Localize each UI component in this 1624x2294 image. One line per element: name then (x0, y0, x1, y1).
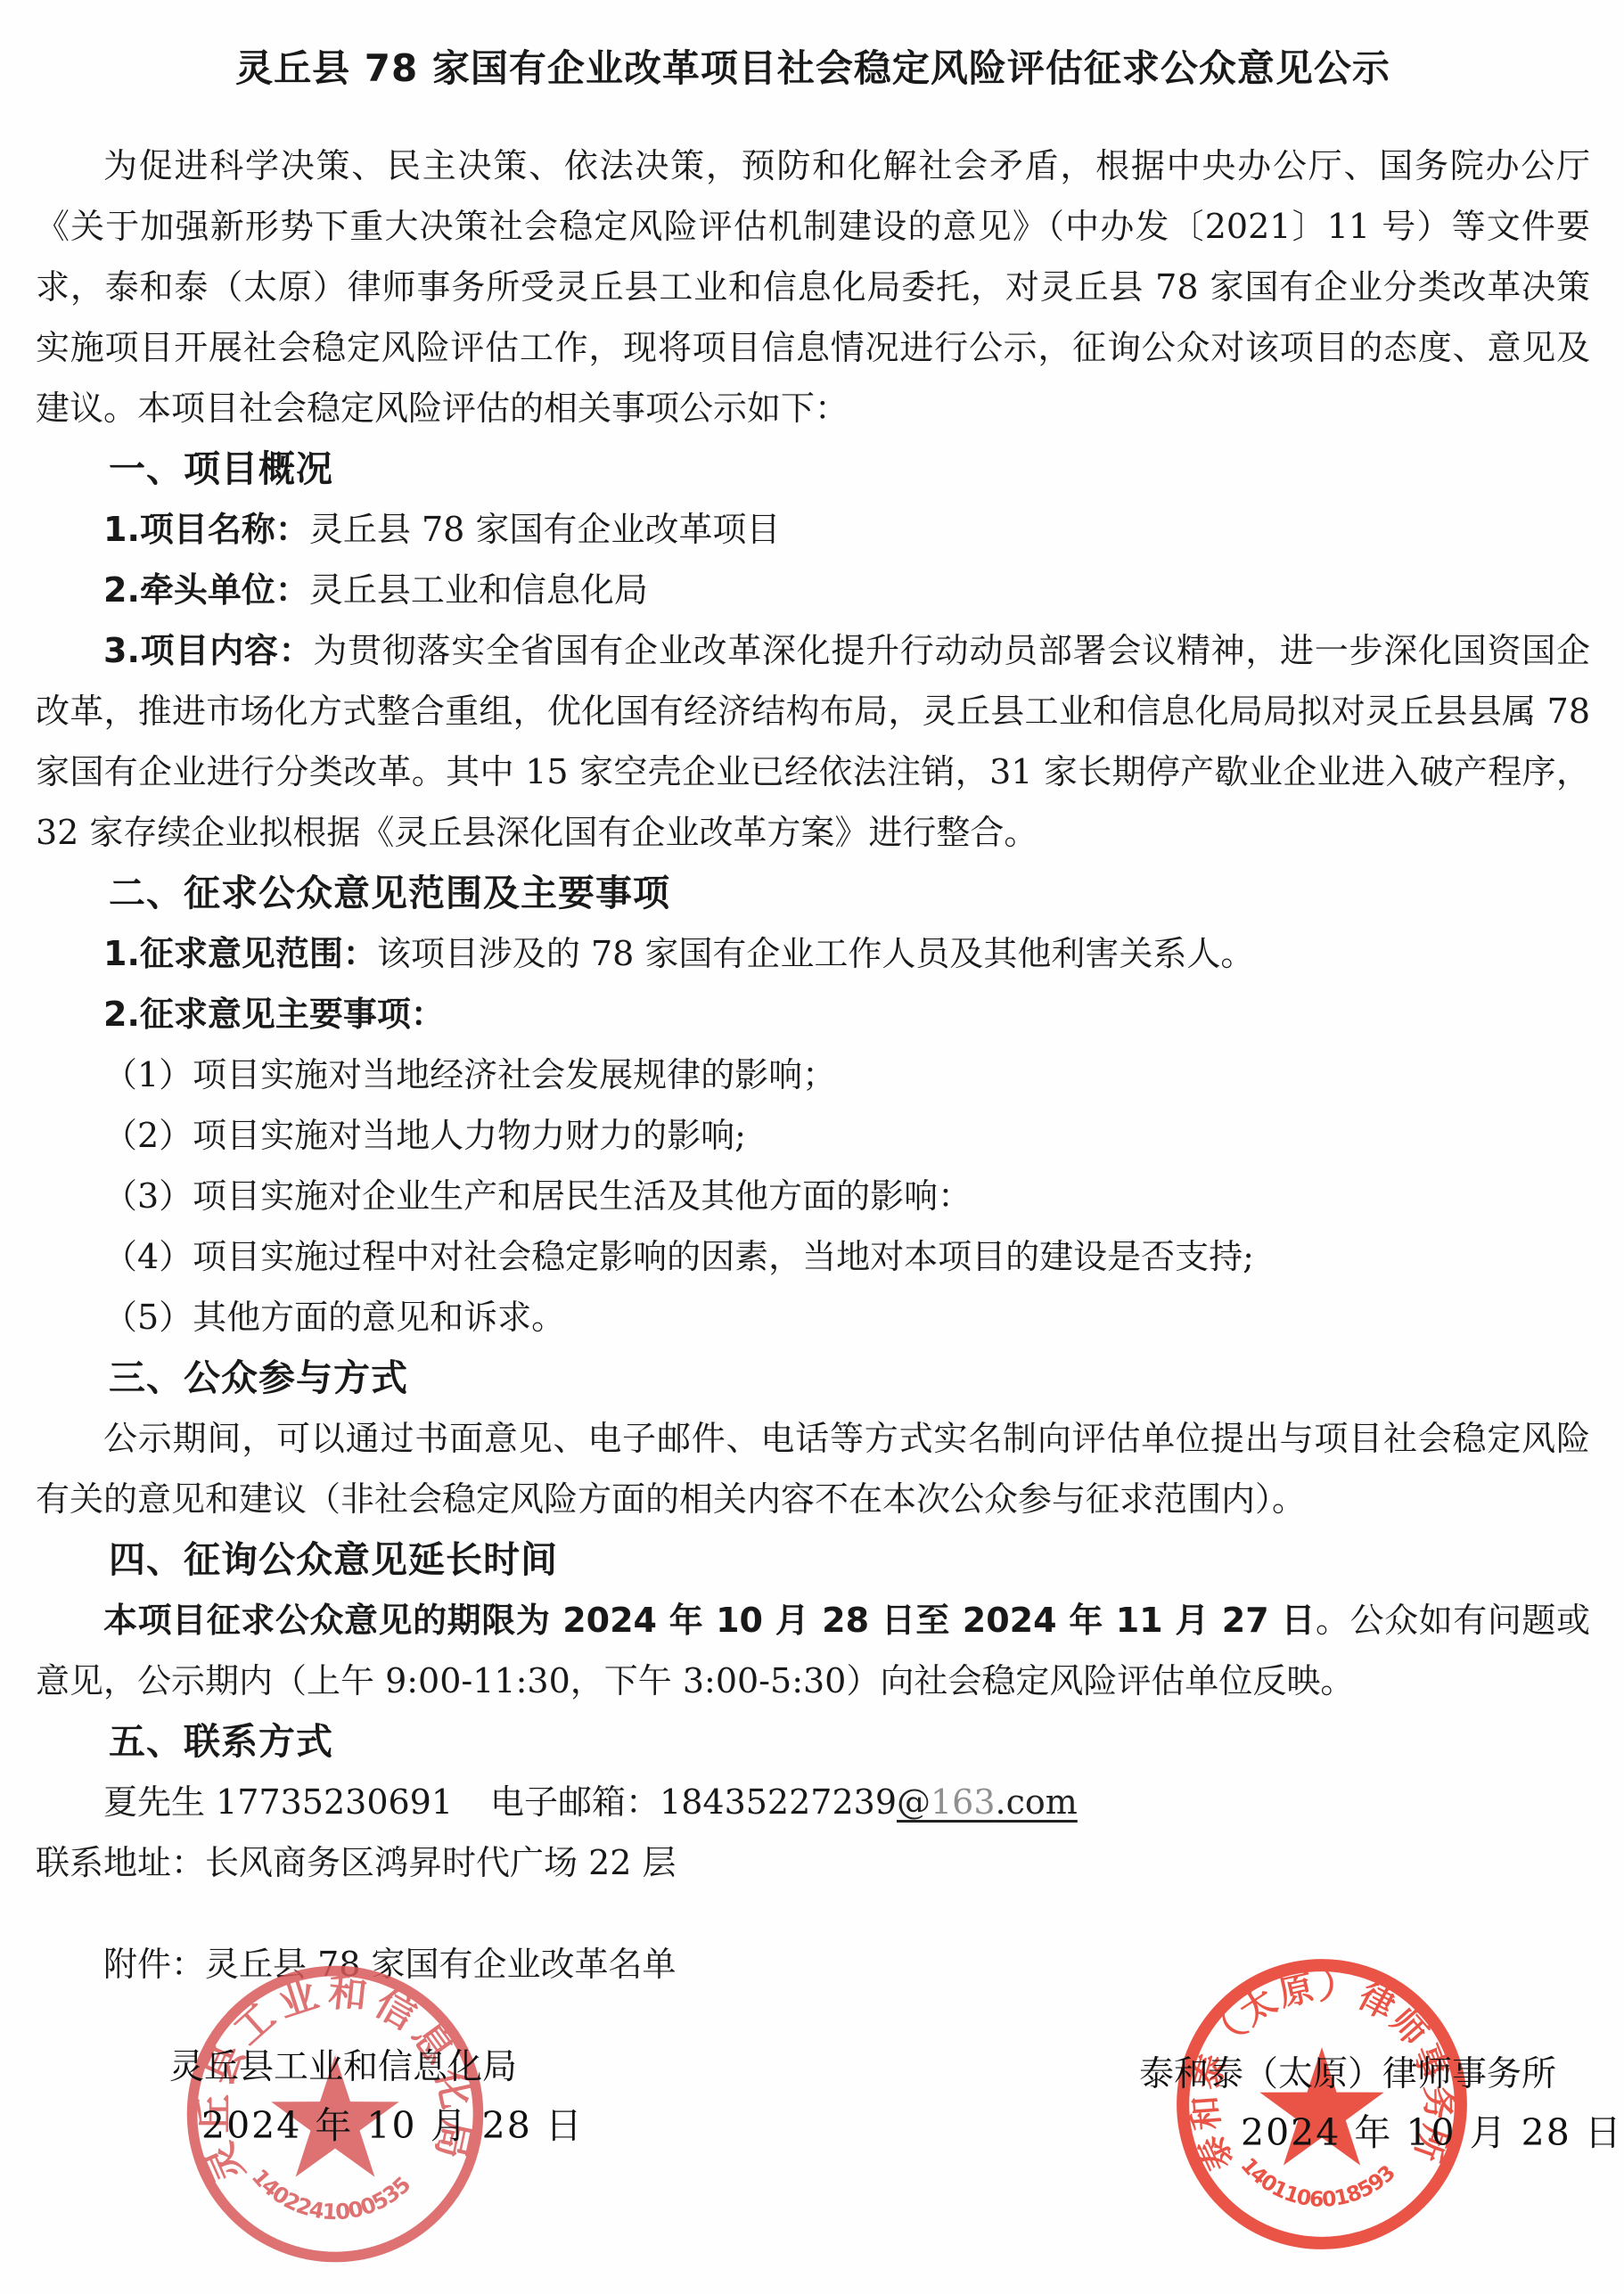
project-name-label: 1.项目名称： (103, 510, 309, 549)
opinion-scope-value: 该项目涉及的 78 家国有企业工作人员及其他利害关系人。 (377, 934, 1255, 973)
signature-date-law-firm: 2024 年 10 月 28 日 (1241, 2103, 1623, 2156)
participation-paragraph: 公示期间，可以通过书面意见、电子邮件、电话等方式实名制向评估单位提出与项目社会稳… (36, 1408, 1590, 1529)
opinion-scope-label: 1.征求意见范围： (103, 934, 377, 973)
opinion-matters-label: 2.征求意见主要事项： (103, 995, 445, 1034)
signature-name-law-firm: 泰和泰（太原）律师事务所 (1139, 2046, 1556, 2096)
seal-number-text: 1402241000535 (247, 2164, 417, 2224)
contact-person: 夏先生 17735230691 (103, 1782, 453, 1822)
section-5-heading: 五、联系方式 (36, 1711, 1590, 1772)
page-title: 灵丘县 78 家国有企业改革项目社会稳定风险评估征求公众意见公示 (36, 41, 1590, 96)
document-body: 灵丘县 78 家国有企业改革项目社会稳定风险评估征求公众意见公示 为促进科学决策… (0, 0, 1624, 1995)
seal-number-text: 1401106018593 (1236, 2152, 1402, 2212)
email-user: 18435227239 (660, 1782, 897, 1822)
project-content-paragraph: 3.项目内容：为贯彻落实全省国有企业改革深化提升行动动员部署会议精神，进一步深化… (36, 620, 1590, 863)
list-item-3: （3）项目实施对企业生产和居民生活及其他方面的影响： (36, 1166, 1590, 1226)
opinion-scope-item: 1.征求意见范围：该项目涉及的 78 家国有企业工作人员及其他利害关系人。 (36, 923, 1590, 984)
project-name-value: 灵丘县 78 家国有企业改革项目 (309, 510, 781, 549)
period-paragraph: 本项目征求公众意见的期限为 2024 年 10 月 28 日至 2024 年 1… (36, 1590, 1590, 1711)
intro-paragraph: 为促进科学决策、民主决策、依法决策，预防和化解社会矛盾，根据中央办公厅、国务院办… (36, 135, 1590, 438)
section-4-heading: 四、征询公众意见延长时间 (36, 1529, 1590, 1590)
email-num[interactable]: 163 (931, 1782, 996, 1822)
section-3-heading: 三、公众参与方式 (36, 1348, 1590, 1408)
section-2-heading: 二、征求公众意见范围及主要事项 (36, 863, 1590, 923)
email-link[interactable]: @163.com (897, 1782, 1078, 1822)
lead-unit-value: 灵丘县工业和信息化局 (309, 570, 648, 610)
project-content-label: 3.项目内容： (103, 631, 313, 670)
list-item-2: （2）项目实施对当地人力物力财力的影响; (36, 1105, 1590, 1166)
list-item-5: （5）其他方面的意见和诉求。 (36, 1287, 1590, 1348)
lead-unit-label: 2.牵头单位： (103, 570, 309, 610)
period-bold-text: 本项目征求公众意见的期限为 2024 年 10 月 28 日至 2024 年 1… (103, 1601, 1316, 1640)
project-name-item: 1.项目名称：灵丘县 78 家国有企业改革项目 (36, 499, 1590, 560)
email-dot[interactable]: .com (996, 1782, 1078, 1822)
signature-date-industry-bureau: 2024 年 10 月 28 日 (201, 2096, 584, 2149)
opinion-matters-item: 2.征求意见主要事项： (36, 984, 1590, 1045)
section-1-heading: 一、项目概况 (36, 438, 1590, 499)
list-item-1: （1）项目实施对当地经济社会发展规律的影响； (36, 1045, 1590, 1105)
list-item-4: （4）项目实施过程中对社会稳定影响的因素，当地对本项目的建设是否支持; (36, 1226, 1590, 1287)
contact-line: 夏先生 17735230691电子邮箱：18435227239@163.com联… (36, 1772, 1590, 1893)
email-label: 电子邮箱： (490, 1782, 660, 1822)
contact-address: 联系地址：长风商务区鸿昇时代广场 22 层 (36, 1843, 677, 1882)
lead-unit-item: 2.牵头单位：灵丘县工业和信息化局 (36, 560, 1590, 620)
signature-name-industry-bureau: 灵丘县工业和信息化局 (169, 2039, 517, 2089)
email-at[interactable]: @ (897, 1782, 931, 1822)
notice-document: 灵丘县 78 家国有企业改革项目社会稳定风险评估征求公众意见公示 为促进科学决策… (0, 0, 1624, 2294)
